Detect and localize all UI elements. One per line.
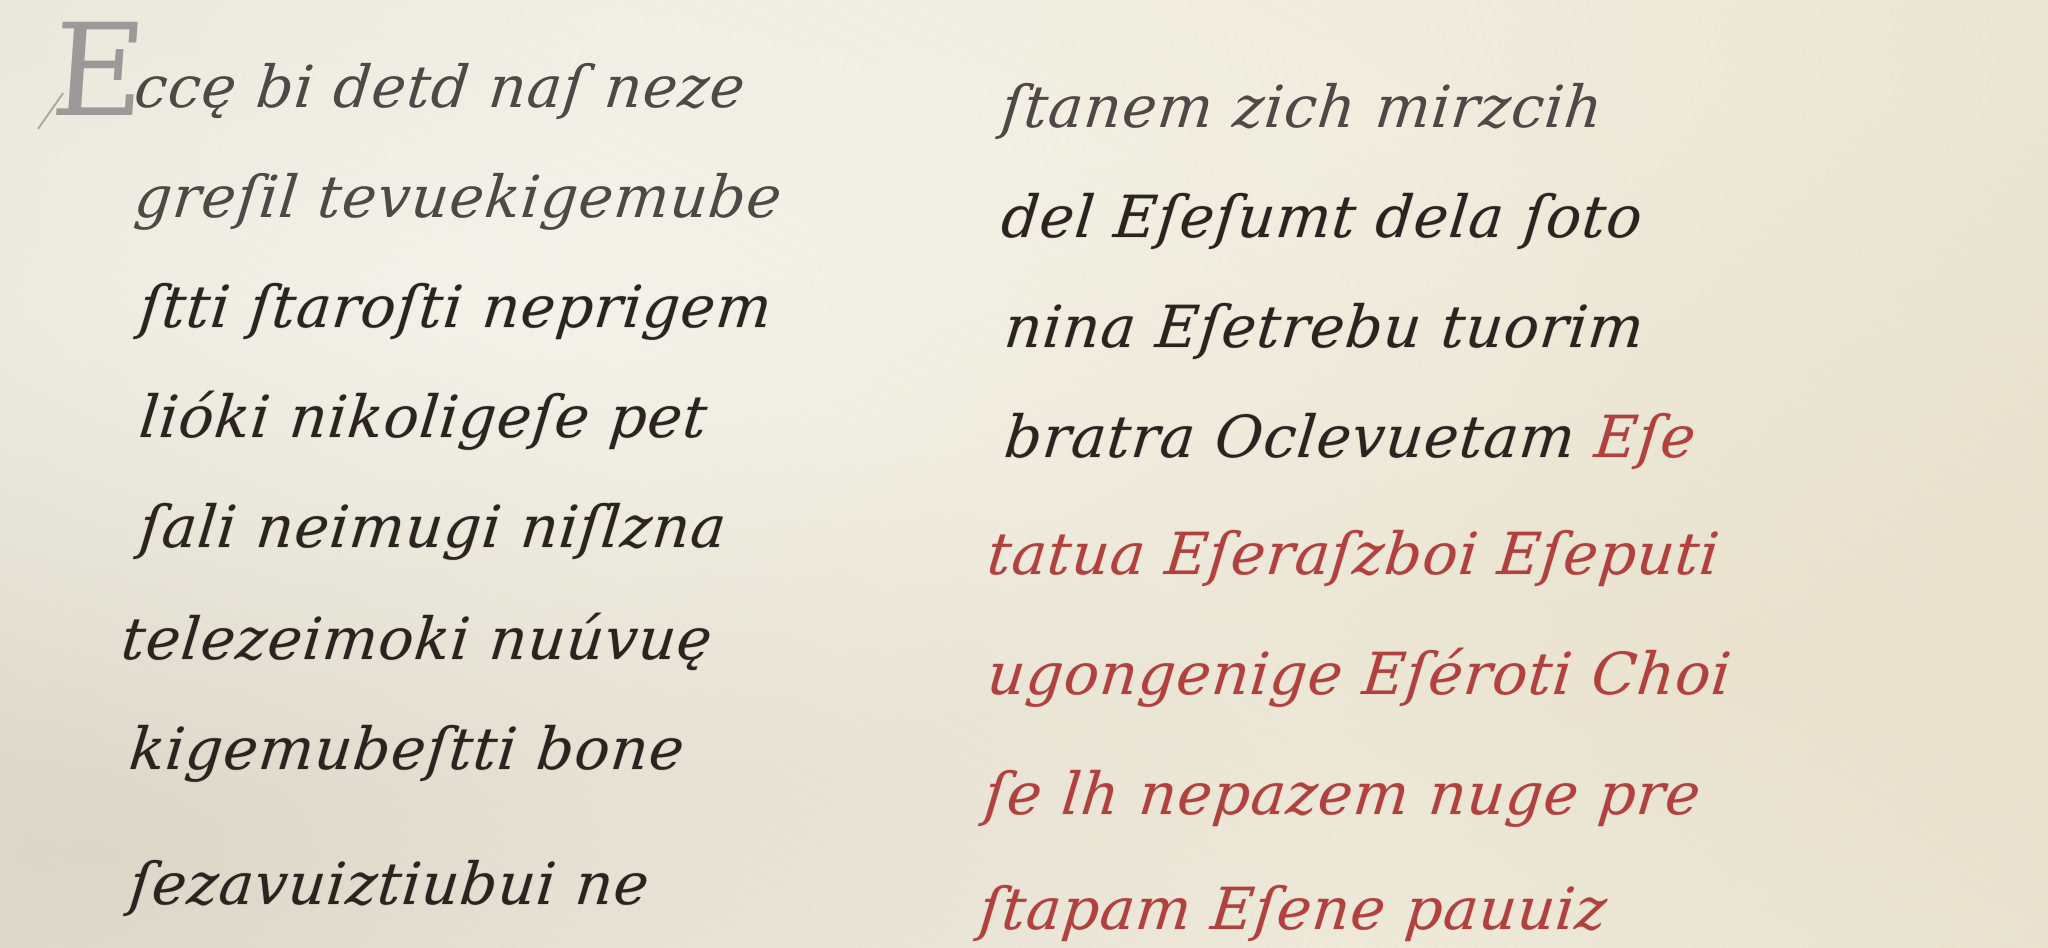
manuscript-line: ſali neimugi niſlzna bbox=[137, 498, 730, 556]
manuscript-line: nina Eſetrebu tuorim bbox=[1002, 298, 1648, 356]
manuscript-line: ccę bi detd naſ neze bbox=[132, 58, 749, 116]
manuscript-line: ſtanem zich mirzcih bbox=[999, 78, 1606, 136]
rubric-segment: Eſe bbox=[1592, 403, 1700, 471]
manuscript-line: del Eſeſumt dela ſoto bbox=[999, 188, 1646, 246]
manuscript-line: telezeimoki nuúvuę bbox=[119, 610, 716, 668]
manuscript-line: kigemubeſtti bone bbox=[127, 720, 688, 778]
manuscript-line-mixed: bratra Oclevuetam Eſe bbox=[1002, 408, 1699, 466]
rubric-line: tatua Eſeraſzboi Eſeputi bbox=[985, 525, 1723, 583]
manuscript-line: greſil tevuekigemube bbox=[132, 168, 785, 226]
manuscript-line: lióki nikoligeſe pet bbox=[137, 388, 711, 446]
manuscript-line: ſezavuiztiubui ne bbox=[127, 855, 653, 913]
manuscript-line: ſtti ſtaroſti neprigem bbox=[137, 278, 775, 336]
rubric-line: ugongenige Eſéroti Choi bbox=[985, 645, 1734, 703]
rubric-line: ſtapam Eſene pauuiz bbox=[977, 880, 1610, 938]
rubric-line: ſe lh nepazem nuge pre bbox=[982, 765, 1704, 823]
black-ink-segment: bratra Oclevuetam bbox=[1001, 403, 1598, 471]
